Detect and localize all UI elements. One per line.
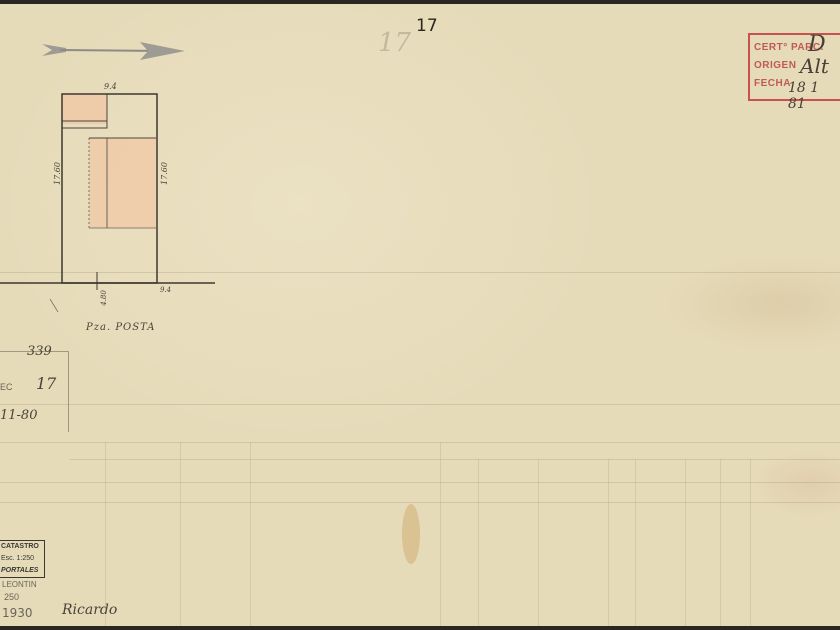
arrow-icon <box>40 38 190 62</box>
stain <box>402 504 420 564</box>
form-rule <box>0 404 840 405</box>
parcel-value: 17 <box>36 374 56 393</box>
catastro-line: PORTALES <box>1 565 44 577</box>
form-column <box>685 459 686 626</box>
form-column <box>478 459 479 626</box>
form-rule <box>0 442 840 443</box>
stamp-handwritten-name: Alt <box>800 54 829 78</box>
parcel-number: 339 <box>27 344 52 359</box>
stamp-handwritten-date: 18 1 81 <box>788 80 840 112</box>
pencil-page-number: 17 <box>378 28 411 58</box>
form-column <box>538 459 539 626</box>
catastro-below-1: LEONTIN <box>2 580 37 589</box>
form-column <box>720 459 721 626</box>
dimension-bottom-right: 9.4 <box>160 286 171 294</box>
dimension-bottom-mid: 4.80 <box>100 290 108 306</box>
dimension-right: 17.60 <box>160 162 169 185</box>
street-label: Pza. POSTA <box>86 322 155 333</box>
catastro-year: 1930 <box>2 606 33 620</box>
signature: Ricardo <box>62 602 117 618</box>
catastro-below-2: 250 <box>4 592 19 602</box>
form-column <box>635 459 636 626</box>
catastro-line: CATASTRO <box>1 541 44 553</box>
form-rule <box>0 502 840 503</box>
parcel-label-prefix: EC <box>0 382 13 392</box>
catastro-stamp: CATASTRO Esc. 1:250 PORTALES <box>0 540 45 578</box>
form-rule <box>70 459 840 460</box>
dimension-top: 9.4 <box>104 82 117 91</box>
parcel-area: 11-80 <box>0 408 37 423</box>
form-column <box>180 442 181 626</box>
dimension-left: 17.60 <box>53 162 62 185</box>
site-plan <box>0 84 230 344</box>
catastro-line: Esc. 1:250 <box>1 553 44 565</box>
form-column <box>608 459 609 626</box>
document-sheet: 17 17 9.4 17.60 17.60 9.4 4.80 Pza. POST… <box>0 4 840 626</box>
form-column <box>250 442 251 626</box>
form-column <box>750 459 751 626</box>
form-column <box>105 442 106 626</box>
form-rule <box>0 482 840 483</box>
page-number: 17 <box>416 16 438 36</box>
form-column <box>440 442 441 626</box>
